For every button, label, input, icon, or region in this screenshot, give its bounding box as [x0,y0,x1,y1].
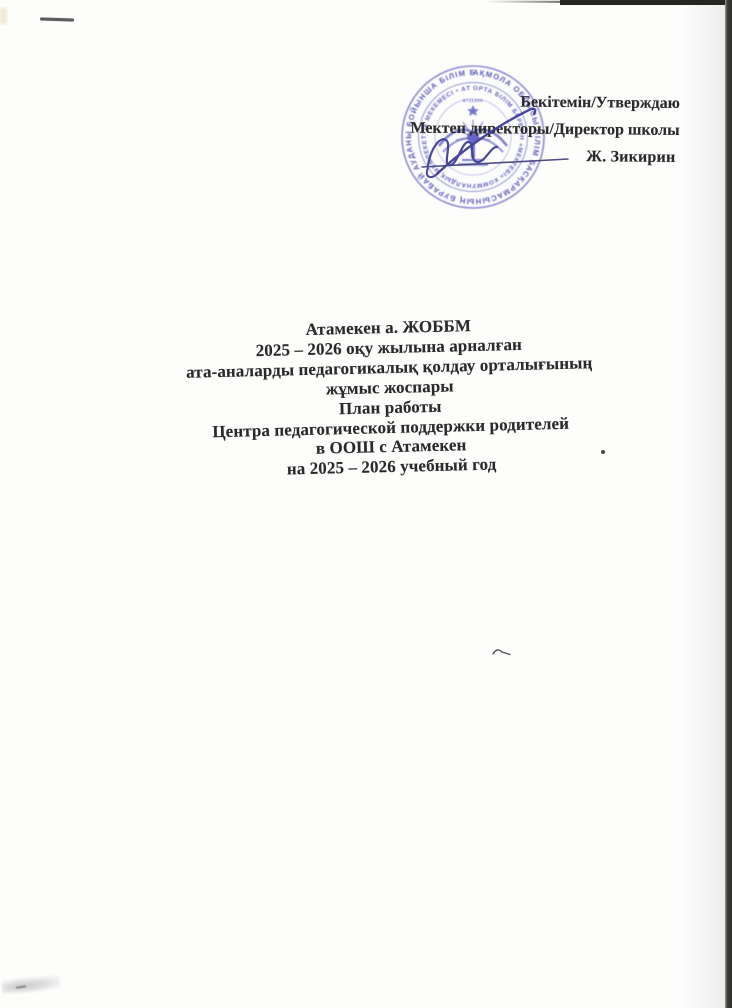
scanned-document-page: АҚМОЛА ОБЛЫСЫ БІЛІМ БАСҚАРМАСЫНЫҢ БУРАБА… [0,0,732,1008]
document-title-block: Атамекен а. ЖОББМ 2025 – 2026 оқу жылына… [22,309,732,485]
bottom-smudge [2,975,61,994]
pen-dash-mark [40,17,74,21]
scan-right-border [725,0,732,1008]
signature [398,88,698,188]
squiggle-mark [492,645,514,663]
scan-top-border-thick [560,0,725,5]
signature-underline [422,159,568,167]
corner-stain [0,8,7,24]
